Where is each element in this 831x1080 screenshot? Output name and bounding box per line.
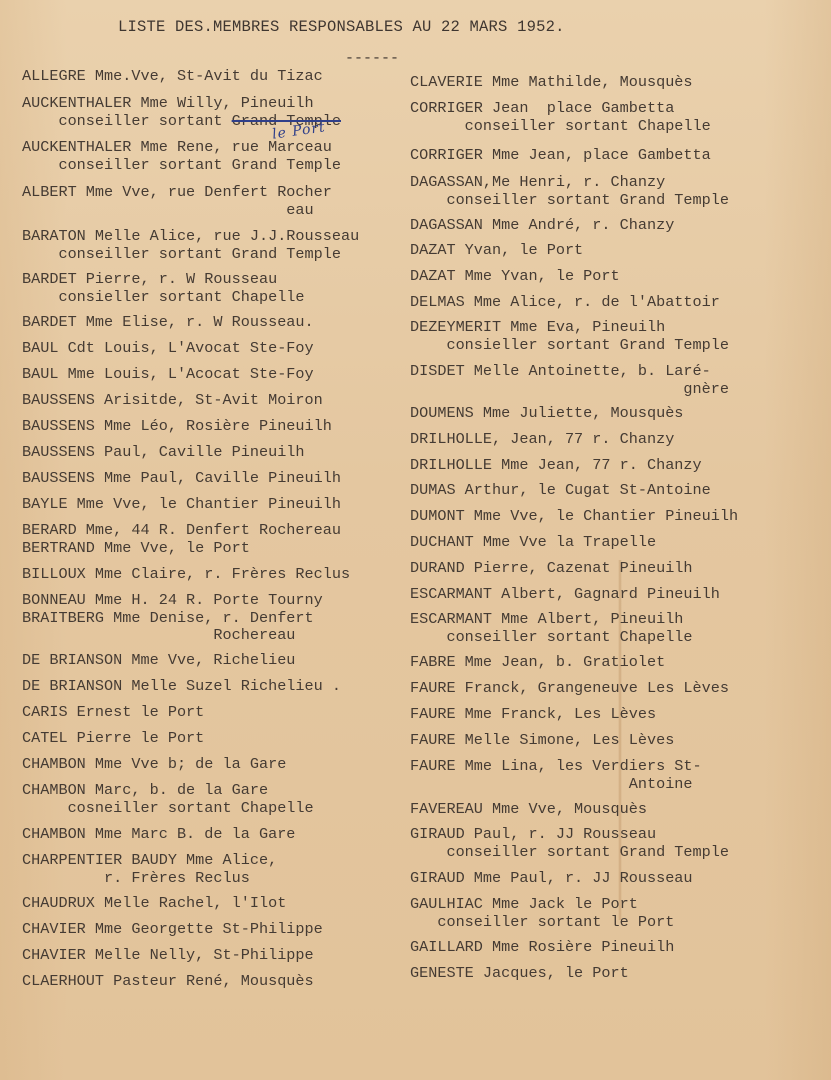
member-line: DE BRIANSON Melle Suzel Richelieu . [22,678,341,696]
document-title: LISTE DES.MEMBRES RESPONSABLES AU 22 MAR… [118,18,565,36]
member-entry: BAYLE Mme Vve, le Chantier Pineuilh [22,496,341,514]
member-entry: BARDET Mme Elise, r. W Rousseau. [22,314,314,332]
member-line: BILLOUX Mme Claire, r. Frères Reclus [22,566,350,584]
member-line-continuation: Rochereau [22,627,323,645]
member-line: BAYLE Mme Vve, le Chantier Pineuilh [22,496,341,514]
member-line: DOUMENS Mme Juliette, Mousquès [410,405,683,423]
member-line: DRILHOLLE Mme Jean, 77 r. Chanzy [410,457,702,475]
member-line: CHARPENTIER BAUDY Mme Alice, [22,852,277,870]
member-entry: CHAMBON Mme Vve b; de la Gare [22,756,286,774]
member-line: DAZAT Yvan, le Port [410,242,583,260]
member-entry: GIRAUD Paul, r. JJ Rousseau conseiller s… [410,826,729,861]
member-entry: ALBERT Mme Vve, rue Denfert Rocher eau [22,184,332,219]
member-entry: BILLOUX Mme Claire, r. Frères Reclus [22,566,350,584]
member-entry: CATEL Pierre le Port [22,730,204,748]
member-line-continuation: consieller sortant Grand Temple [410,337,729,355]
member-entry: DAZAT Mme Yvan, le Port [410,268,620,286]
member-line: DEZEYMERIT Mme Eva, Pineuilh [410,319,729,337]
member-entry: DISDET Melle Antoinette, b. Laré- gnère [410,363,729,398]
member-line: FAURE Franck, Grangeneuve Les Lèves [410,680,729,698]
member-entry: BAUSSENS Mme Paul, Caville Pineuilh [22,470,341,488]
member-line: CATEL Pierre le Port [22,730,204,748]
member-entry: DE BRIANSON Melle Suzel Richelieu . [22,678,341,696]
member-entry: ESCARMANT Mme Albert, Pineuilh conseille… [410,611,693,646]
member-line: ALLEGRE Mme.Vve, St-Avit du Tizac [22,68,323,86]
member-line: CHAVIER Melle Nelly, St-Philippe [22,947,314,965]
member-entry: CHAMBON Marc, b. de la Gare cosneiller s… [22,782,314,817]
member-line: BARATON Melle Alice, rue J.J.Rousseau [22,228,359,246]
member-line: GIRAUD Paul, r. JJ Rousseau [410,826,729,844]
member-entry: GENESTE Jacques, le Port [410,965,629,983]
member-line: CHAMBON Marc, b. de la Gare [22,782,314,800]
member-entry: DUMONT Mme Vve, le Chantier Pineuilh [410,508,738,526]
member-line: DAGASSAN Mme André, r. Chanzy [410,217,674,235]
member-line: BAUSSENS Arisitde, St-Avit Moiron [22,392,323,410]
member-line-continuation: BRAITBERG Mme Denise, r. Denfert [22,610,323,628]
member-line: BAUSSENS Mme Léo, Rosière Pineuilh [22,418,332,436]
member-entry: BAUL Mme Louis, L'Acocat Ste-Foy [22,366,314,384]
member-line: BAUSSENS Paul, Caville Pineuilh [22,444,305,462]
member-line: GAILLARD Mme Rosière Pineuilh [410,939,674,957]
member-line: ESCARMANT Albert, Gagnard Pineuilh [410,586,720,604]
member-entry: DAGASSAN Mme André, r. Chanzy [410,217,674,235]
member-line: FABRE Mme Jean, b. Gratiolet [410,654,665,672]
member-line-continuation: BERTRAND Mme Vve, le Port [22,540,341,558]
member-entry: FAURE Mme Franck, Les Lèves [410,706,656,724]
member-line: CORRIGER Mme Jean, place Gambetta [410,147,711,165]
member-entry: GIRAUD Mme Paul, r. JJ Rousseau [410,870,693,888]
member-line: DUCHANT Mme Vve la Trapelle [410,534,656,552]
member-line: AUCKENTHALER Mme Willy, Pineuilh [22,95,341,113]
member-line: BERARD Mme, 44 R. Denfert Rochereau [22,522,341,540]
member-entry: BAUL Cdt Louis, L'Avocat Ste-Foy [22,340,314,358]
member-line: FAURE Melle Simone, Les Lèves [410,732,674,750]
title-underline: ------ [345,50,399,67]
member-line-continuation: consieller sortant Chapelle [22,289,305,307]
member-line: CHAMBON Mme Vve b; de la Gare [22,756,286,774]
member-entry: CARIS Ernest le Port [22,704,204,722]
member-line: AUCKENTHALER Mme Rene, rue Marceau [22,139,341,157]
member-entry: DE BRIANSON Mme Vve, Richelieu [22,652,295,670]
member-line: CLAERHOUT Pasteur René, Mousquès [22,973,314,991]
member-line: BARDET Mme Elise, r. W Rousseau. [22,314,314,332]
member-entry: BAUSSENS Mme Léo, Rosière Pineuilh [22,418,332,436]
member-entry: CHAVIER Melle Nelly, St-Philippe [22,947,314,965]
member-entry: GAILLARD Mme Rosière Pineuilh [410,939,674,957]
member-entry: GAULHIAC Mme Jack le Port conseiller sor… [410,896,674,931]
member-entry: BONNEAU Mme H. 24 R. Porte TournyBRAITBE… [22,592,323,645]
member-line-continuation: r. Frères Reclus [22,870,277,888]
member-line: CHAMBON Mme Marc B. de la Gare [22,826,295,844]
member-entry: CLAERHOUT Pasteur René, Mousquès [22,973,314,991]
member-line-continuation: conseiller sortant Chapelle [410,118,711,136]
member-entry: DUCHANT Mme Vve la Trapelle [410,534,656,552]
member-line: GAULHIAC Mme Jack le Port [410,896,674,914]
member-entry: FAURE Melle Simone, Les Lèves [410,732,674,750]
member-entry: FAURE Franck, Grangeneuve Les Lèves [410,680,729,698]
member-entry: BAUSSENS Arisitde, St-Avit Moiron [22,392,323,410]
member-line-continuation: conseiller sortant Grand Temple [410,844,729,862]
member-line: FAURE Mme Franck, Les Lèves [410,706,656,724]
member-entry: CORRIGER Mme Jean, place Gambetta [410,147,711,165]
member-line: BAUL Cdt Louis, L'Avocat Ste-Foy [22,340,314,358]
member-line-continuation: conseiller sortant le Port [410,914,674,932]
member-line: DUMAS Arthur, le Cugat St-Antoine [410,482,711,500]
member-entry: FABRE Mme Jean, b. Gratiolet [410,654,665,672]
member-entry: FAURE Mme Lina, les Verdiers St- Antoine [410,758,702,793]
member-entry: DRILHOLLE, Jean, 77 r. Chanzy [410,431,674,449]
member-entry: CORRIGER Jean place Gambetta conseiller … [410,100,711,135]
member-line-continuation: Antoine [410,776,702,794]
member-line: BARDET Pierre, r. W Rousseau [22,271,305,289]
member-line-continuation: cosneiller sortant Chapelle [22,800,314,818]
member-entry: BERARD Mme, 44 R. Denfert RochereauBERTR… [22,522,341,557]
member-line: CARIS Ernest le Port [22,704,204,722]
member-line: FAVEREAU Mme Vve, Mousquès [410,801,647,819]
member-entry: DAZAT Yvan, le Port [410,242,583,260]
member-line: DUMONT Mme Vve, le Chantier Pineuilh [410,508,738,526]
member-line-continuation: conseiller sortant Grand Temple [410,192,729,210]
member-entry: ESCARMANT Albert, Gagnard Pineuilh [410,586,720,604]
member-line: CHAUDRUX Melle Rachel, l'Ilot [22,895,286,913]
member-line: DELMAS Mme Alice, r. de l'Abattoir [410,294,720,312]
member-line-continuation: eau [22,202,332,220]
member-entry: DURAND Pierre, Cazenat Pineuilh [410,560,693,578]
member-line: GENESTE Jacques, le Port [410,965,629,983]
member-entry: CHAVIER Mme Georgette St-Philippe [22,921,323,939]
member-line: CLAVERIE Mme Mathilde, Mousquès [410,74,693,92]
member-entry: CHAMBON Mme Marc B. de la Gare [22,826,295,844]
member-entry: BAUSSENS Paul, Caville Pineuilh [22,444,305,462]
member-entry: DEZEYMERIT Mme Eva, Pineuilh consieller … [410,319,729,354]
member-line: DRILHOLLE, Jean, 77 r. Chanzy [410,431,674,449]
member-line: DE BRIANSON Mme Vve, Richelieu [22,652,295,670]
member-line: CORRIGER Jean place Gambetta [410,100,711,118]
member-entry: CHAUDRUX Melle Rachel, l'Ilot [22,895,286,913]
member-entry: FAVEREAU Mme Vve, Mousquès [410,801,647,819]
member-line-continuation: gnère [410,381,729,399]
member-line-continuation: conseiller sortant Grand Temple [22,157,341,175]
member-line-continuation: conseiller sortant Chapelle [410,629,693,647]
member-entry: BARDET Pierre, r. W Rousseau consieller … [22,271,305,306]
member-line: CHAVIER Mme Georgette St-Philippe [22,921,323,939]
member-entry: BARATON Melle Alice, rue J.J.Rousseau co… [22,228,359,263]
member-line: BAUL Mme Louis, L'Acocat Ste-Foy [22,366,314,384]
member-entry: DAGASSAN,Me Henri, r. Chanzy conseiller … [410,174,729,209]
member-entry: DUMAS Arthur, le Cugat St-Antoine [410,482,711,500]
member-entry: DELMAS Mme Alice, r. de l'Abattoir [410,294,720,312]
member-line: DAGASSAN,Me Henri, r. Chanzy [410,174,729,192]
member-entry: CLAVERIE Mme Mathilde, Mousquès [410,74,693,92]
member-line: DURAND Pierre, Cazenat Pineuilh [410,560,693,578]
member-entry: DRILHOLLE Mme Jean, 77 r. Chanzy [410,457,702,475]
member-entry: ALLEGRE Mme.Vve, St-Avit du Tizac [22,68,323,86]
member-entry: DOUMENS Mme Juliette, Mousquès [410,405,683,423]
member-line: BAUSSENS Mme Paul, Caville Pineuilh [22,470,341,488]
member-entry: CHARPENTIER BAUDY Mme Alice, r. Frères R… [22,852,277,887]
member-line: GIRAUD Mme Paul, r. JJ Rousseau [410,870,693,888]
member-line: FAURE Mme Lina, les Verdiers St- [410,758,702,776]
member-line-continuation: conseiller sortant Grand Temple [22,246,359,264]
member-line: BONNEAU Mme H. 24 R. Porte Tourny [22,592,323,610]
member-line: DISDET Melle Antoinette, b. Laré- [410,363,729,381]
member-line: ESCARMANT Mme Albert, Pineuilh [410,611,693,629]
member-line: DAZAT Mme Yvan, le Port [410,268,620,286]
member-line: ALBERT Mme Vve, rue Denfert Rocher [22,184,332,202]
member-entry: AUCKENTHALER Mme Rene, rue Marceau conse… [22,139,341,174]
